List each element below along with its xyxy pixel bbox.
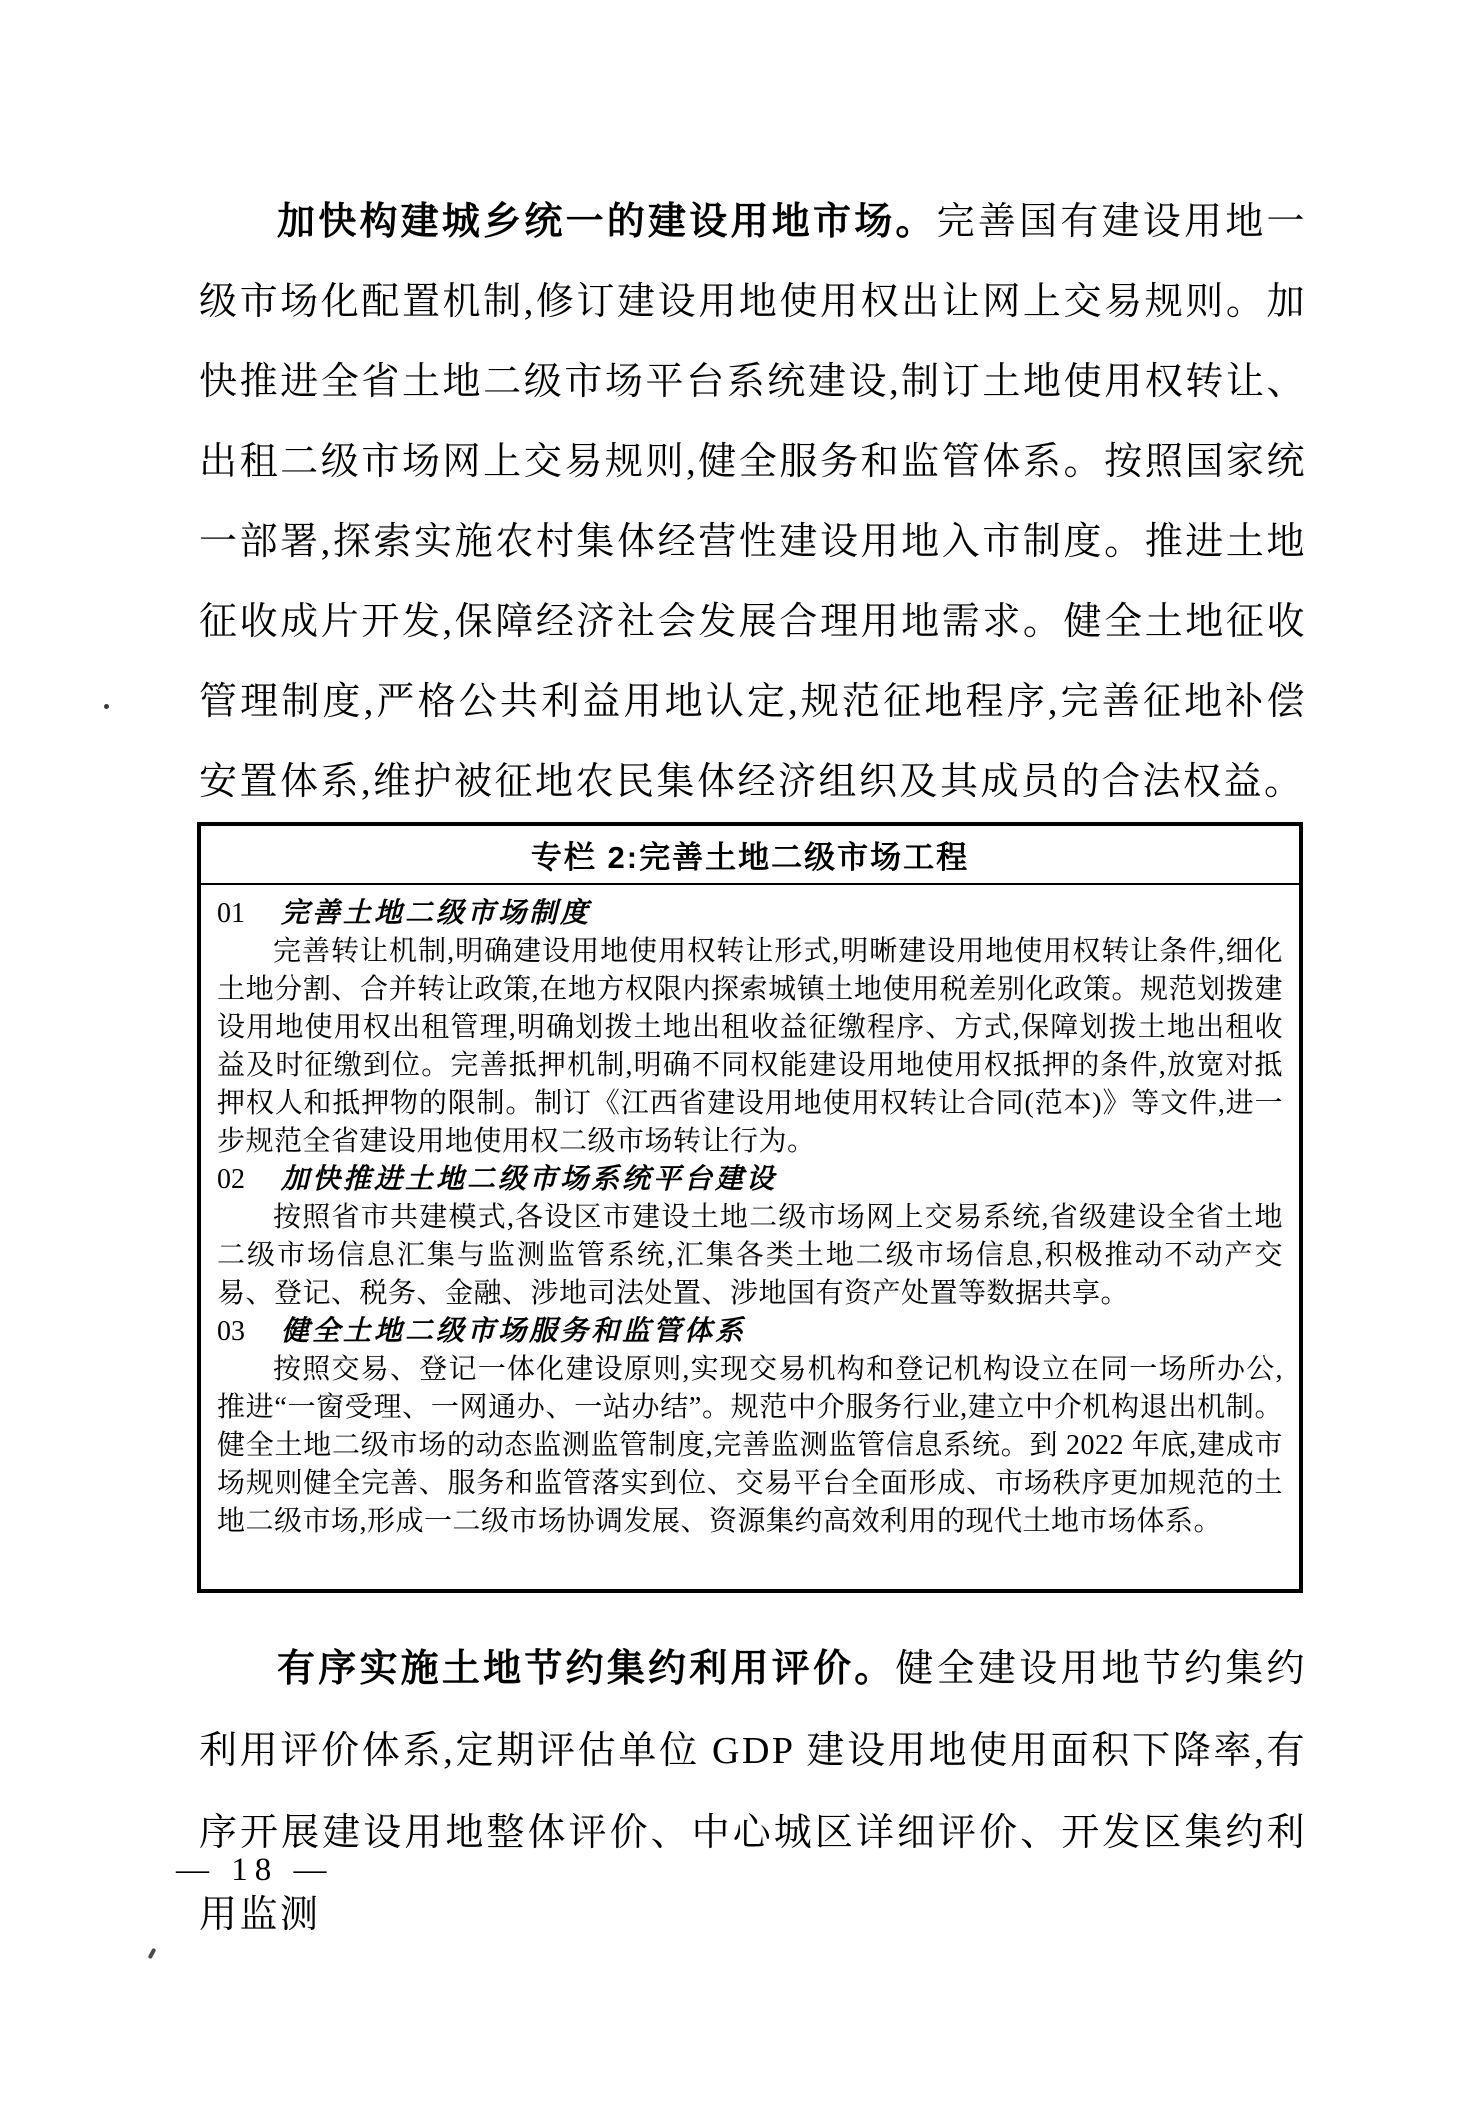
section-2-heading-row: 02加快推进土地二级市场系统平台建设 <box>217 1161 1283 1199</box>
section-3-heading-row: 03健全土地二级市场服务和监管体系 <box>217 1313 1283 1351</box>
feature-box-body: 01完善土地二级市场制度 完善转让机制,明确建设用地使用权转让形式,明晰建设用地… <box>201 885 1299 1589</box>
section-1-number: 01 <box>217 895 255 933</box>
section-1-body: 完善转让机制,明确建设用地使用权转让形式,明晰建设用地使用权转让条件,细化土地分… <box>217 933 1283 1161</box>
section-2-number: 02 <box>217 1161 255 1199</box>
paragraph-1-lead: 加快构建城乡统一的建设用地市场。 <box>277 201 937 243</box>
feature-box: 专栏 2:完善土地二级市场工程 01完善土地二级市场制度 完善转让机制,明确建设… <box>197 822 1303 1593</box>
ink-speck <box>104 704 109 709</box>
paragraph-2: 有序实施土地节约集约利用评价。健全建设用地节约集约利用评价体系,定期评估单位 G… <box>199 1628 1307 1956</box>
section-3-number: 03 <box>217 1313 255 1351</box>
section-3-body: 按照交易、登记一体化建设原则,实现交易机构和登记机构设立在同一场所办公,推进“一… <box>217 1351 1283 1541</box>
section-1-title: 完善土地二级市场制度 <box>281 898 591 929</box>
section-2-title: 加快推进土地二级市场系统平台建设 <box>281 1164 777 1195</box>
paragraph-2-text: 健全建设用地节约集约利用评价体系,定期评估单位 GDP 建设用地使用面积下降率,… <box>199 1648 1307 1936</box>
page-number: — 18 — <box>176 1852 334 1889</box>
section-1-heading-row: 01完善土地二级市场制度 <box>217 895 1283 933</box>
section-3-title: 健全土地二级市场服务和监管体系 <box>281 1316 746 1347</box>
paragraph-1-text: 完善国有建设用地一级市场化配置机制,修订建设用地使用权出让网上交易规则。加快推进… <box>199 201 1307 803</box>
ink-speck <box>148 1948 157 1960</box>
document-page: 加快构建城乡统一的建设用地市场。完善国有建设用地一级市场化配置机制,修订建设用地… <box>0 0 1483 2102</box>
paragraph-1: 加快构建城乡统一的建设用地市场。完善国有建设用地一级市场化配置机制,修订建设用地… <box>199 182 1307 822</box>
section-2-body: 按照省市共建模式,各设区市建设土地二级市场网上交易系统,省级建设全省土地二级市场… <box>217 1199 1283 1313</box>
paragraph-2-lead: 有序实施土地节约集约利用评价。 <box>277 1648 895 1690</box>
feature-box-title: 专栏 2:完善土地二级市场工程 <box>201 826 1299 885</box>
